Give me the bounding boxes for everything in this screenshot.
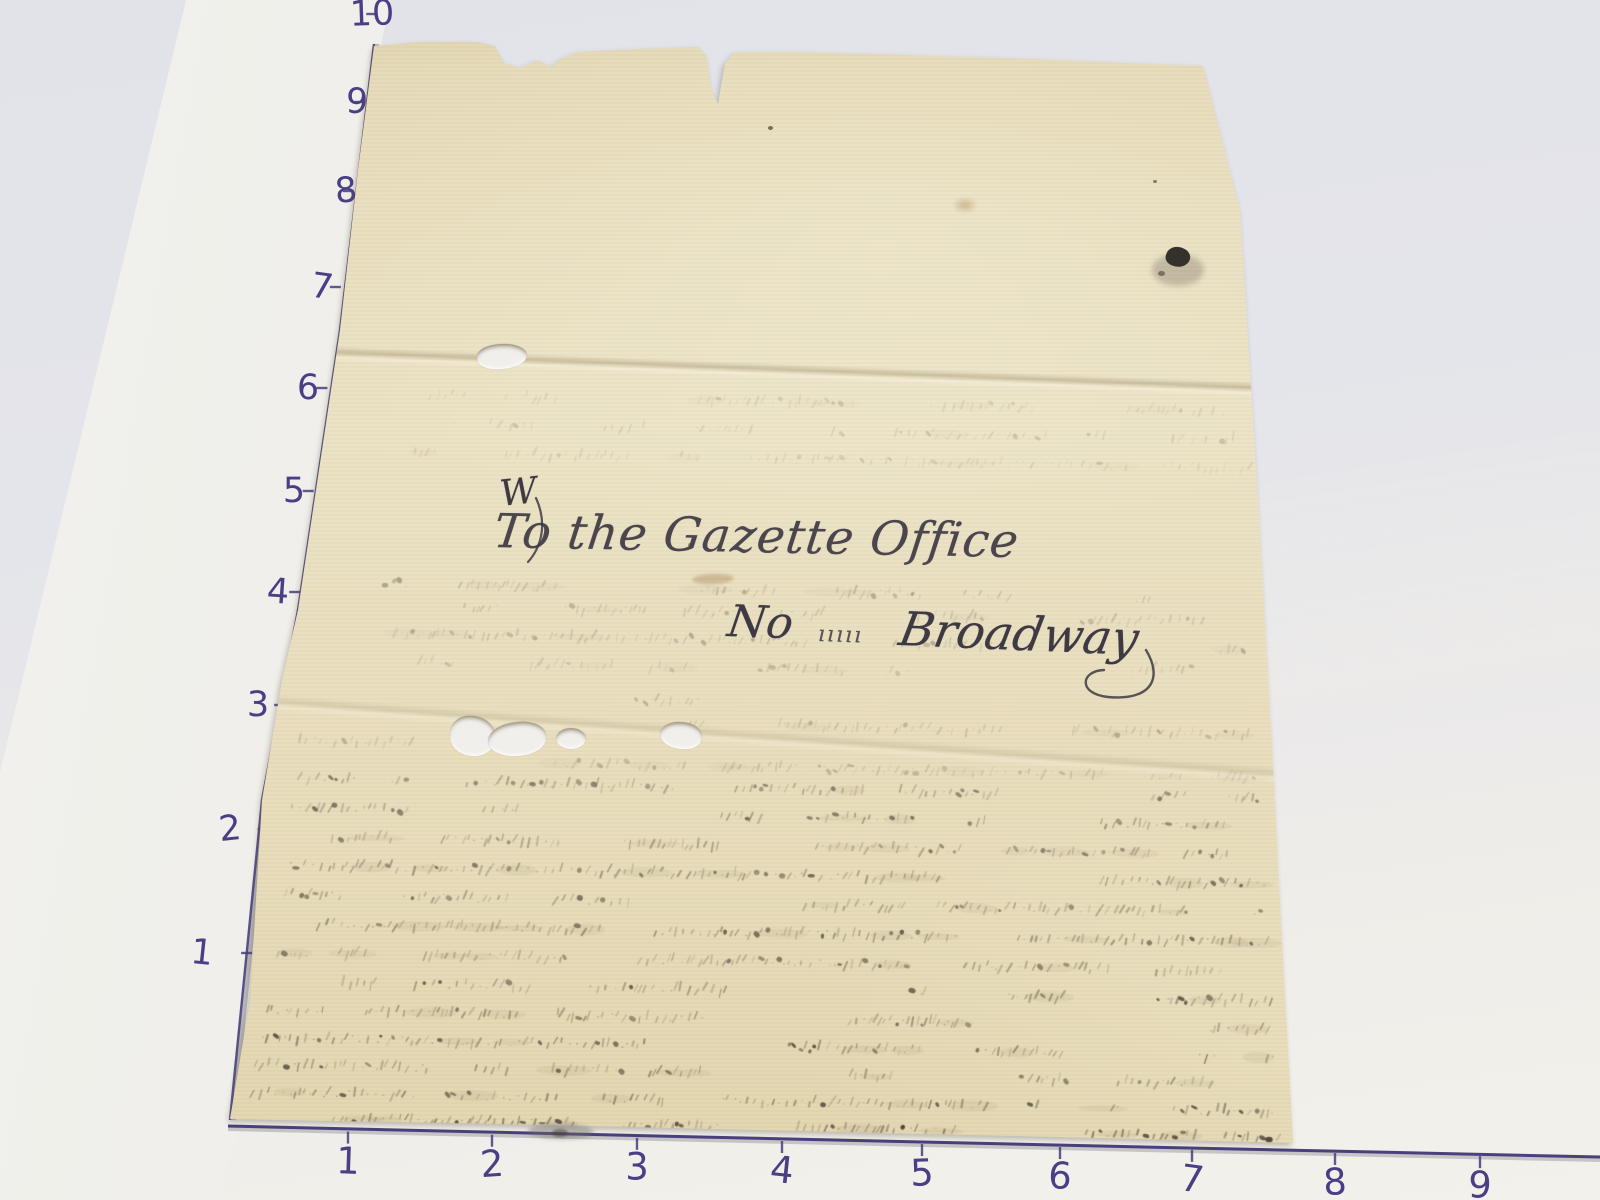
photo-of-antique-letter: 10987654321123456789 W To the Gazet (0, 0, 1600, 1200)
letter-paper-wrap: W To the Gazette Office No ııııı Broadwa… (0, 0, 1600, 1200)
address-line-1: To the Gazette Office (491, 504, 1023, 569)
paper-hole (556, 728, 586, 749)
letter-paper: W To the Gazette Office No ııııı Broadwa… (0, 0, 1600, 1200)
address-no-label: No (724, 596, 796, 649)
address-blank-marks: ııııı (818, 622, 864, 649)
bleedthrough-ink-canvas (0, 0, 1600, 1200)
address-street: Broadway (895, 602, 1143, 667)
